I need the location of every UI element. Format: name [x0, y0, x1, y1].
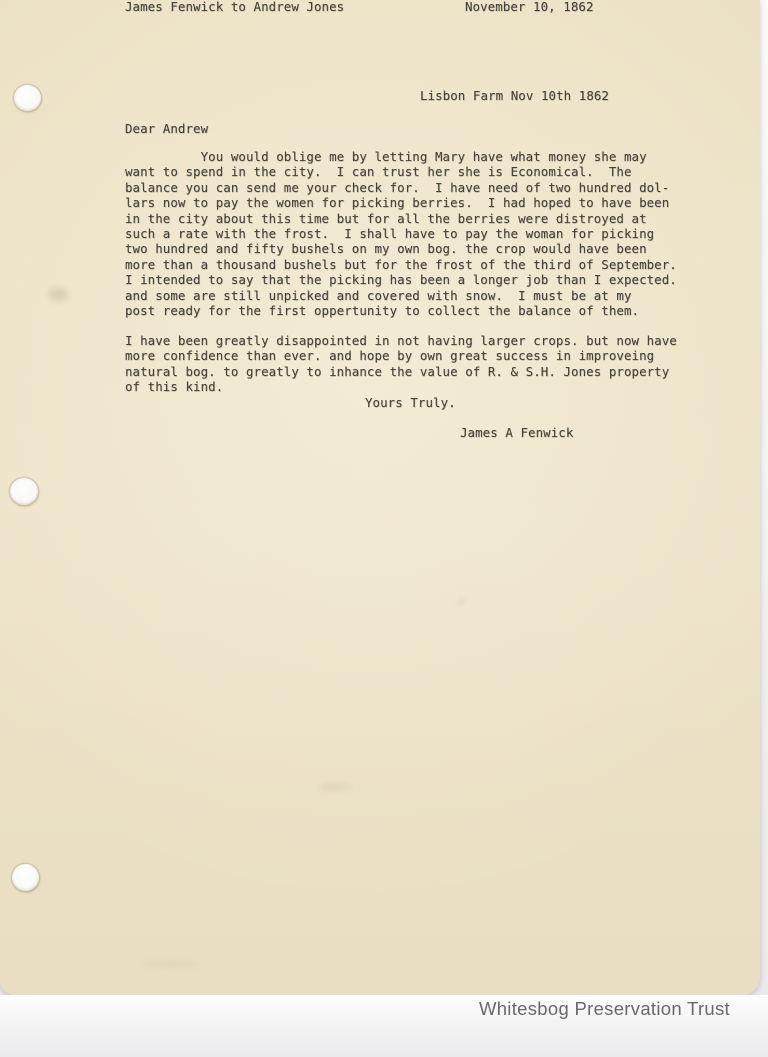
paper-smudge [318, 782, 352, 791]
letter-closing: Yours Truly. [365, 395, 456, 410]
letter-paragraph-1: You would oblige me by letting Mary have… [125, 149, 677, 318]
paper-smudge [458, 598, 466, 605]
punch-hole-top [14, 85, 41, 111]
letter-signature: James A Fenwick [460, 425, 573, 440]
archive-header-date: November 10, 1862 [465, 0, 594, 14]
punch-hole-bottom [12, 864, 39, 891]
letter-paper: James Fenwick to Andrew Jones November 1… [0, 0, 760, 995]
archive-header-correspondents: James Fenwick to Andrew Jones [125, 0, 344, 14]
watermark-strip: Whitesbog Preservation Trust [0, 995, 768, 1057]
paper-smudge [140, 960, 200, 968]
letter-dateline: Lisbon Farm Nov 10th 1862 [420, 88, 609, 103]
punch-hole-middle [10, 478, 38, 505]
paper-smudge [48, 288, 68, 301]
letter-paragraph-2: I have been greatly disappointed in not … [125, 333, 677, 395]
watermark-text: Whitesbog Preservation Trust [479, 998, 730, 1020]
scanned-letter-page: James Fenwick to Andrew Jones November 1… [0, 0, 768, 1057]
letter-salutation: Dear Andrew [125, 121, 208, 136]
